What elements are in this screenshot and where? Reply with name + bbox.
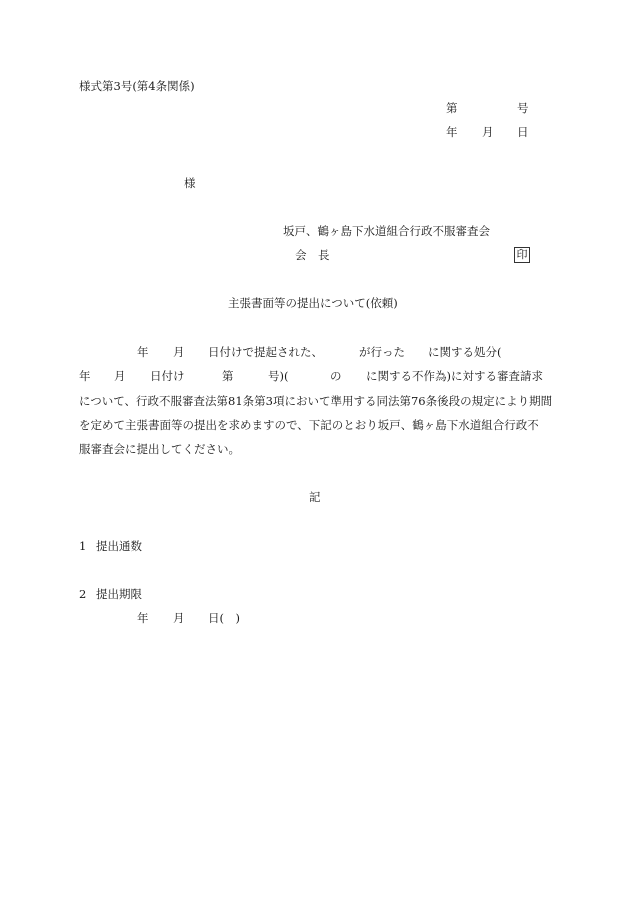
seal-mark: 印 xyxy=(514,247,530,263)
body-l2-month: 月 xyxy=(114,369,126,383)
body-l1-text-c: に関する処分( xyxy=(428,345,502,359)
body-l1-text-b: が行った xyxy=(359,345,405,359)
date-year: 年 xyxy=(446,125,458,139)
form-label: 様式第3号(第4条関係) xyxy=(79,79,195,93)
item-2-label: 提出期限 xyxy=(96,587,142,601)
body-l1-month: 月 xyxy=(173,345,185,359)
addressee-honorific: 様 xyxy=(184,176,196,190)
sender-organization: 坂戸、鶴ヶ島下水道組合行政不服審査会 xyxy=(283,224,490,238)
body-l2-year: 年 xyxy=(79,369,91,383)
sender-title-2: 長 xyxy=(318,248,330,262)
ki-heading: 記 xyxy=(309,490,321,504)
item-1-label: 提出通数 xyxy=(96,539,142,553)
number-suffix: 号 xyxy=(517,101,529,115)
body-l2-text-c: 号)( xyxy=(268,369,288,383)
body-l2-text-d: の xyxy=(330,369,342,383)
body-l1-text-a: 日付けで提起された、 xyxy=(208,345,323,359)
body-l2-text-b: 第 xyxy=(222,369,234,383)
date-day: 日 xyxy=(517,125,529,139)
body-l2-text-e: に関する不作為)に対する審査請求 xyxy=(366,369,543,383)
body-l1-year: 年 xyxy=(137,345,149,359)
number-prefix: 第 xyxy=(446,101,458,115)
deadline-day: 日( ) xyxy=(208,611,240,625)
document-title: 主張書面等の提出について(依頼) xyxy=(228,296,398,310)
body-line-3: について、行政不服審査法第81条第3項において準用する同法第76条後段の規定によ… xyxy=(79,394,552,408)
item-2-number: 2 xyxy=(79,587,86,601)
sender-title-1: 会 xyxy=(295,248,307,262)
body-line-5: 服審査会に提出してください。 xyxy=(79,442,240,456)
body-line-4: を定めて主張書面等の提出を求めますので、下記のとおり坂戸、鶴ヶ島下水道組合行政不 xyxy=(79,418,539,432)
deadline-month: 月 xyxy=(173,611,185,625)
date-month: 月 xyxy=(482,125,494,139)
body-l2-text-a: 日付け xyxy=(150,369,185,383)
item-1-number: 1 xyxy=(79,539,86,553)
deadline-year: 年 xyxy=(137,611,149,625)
